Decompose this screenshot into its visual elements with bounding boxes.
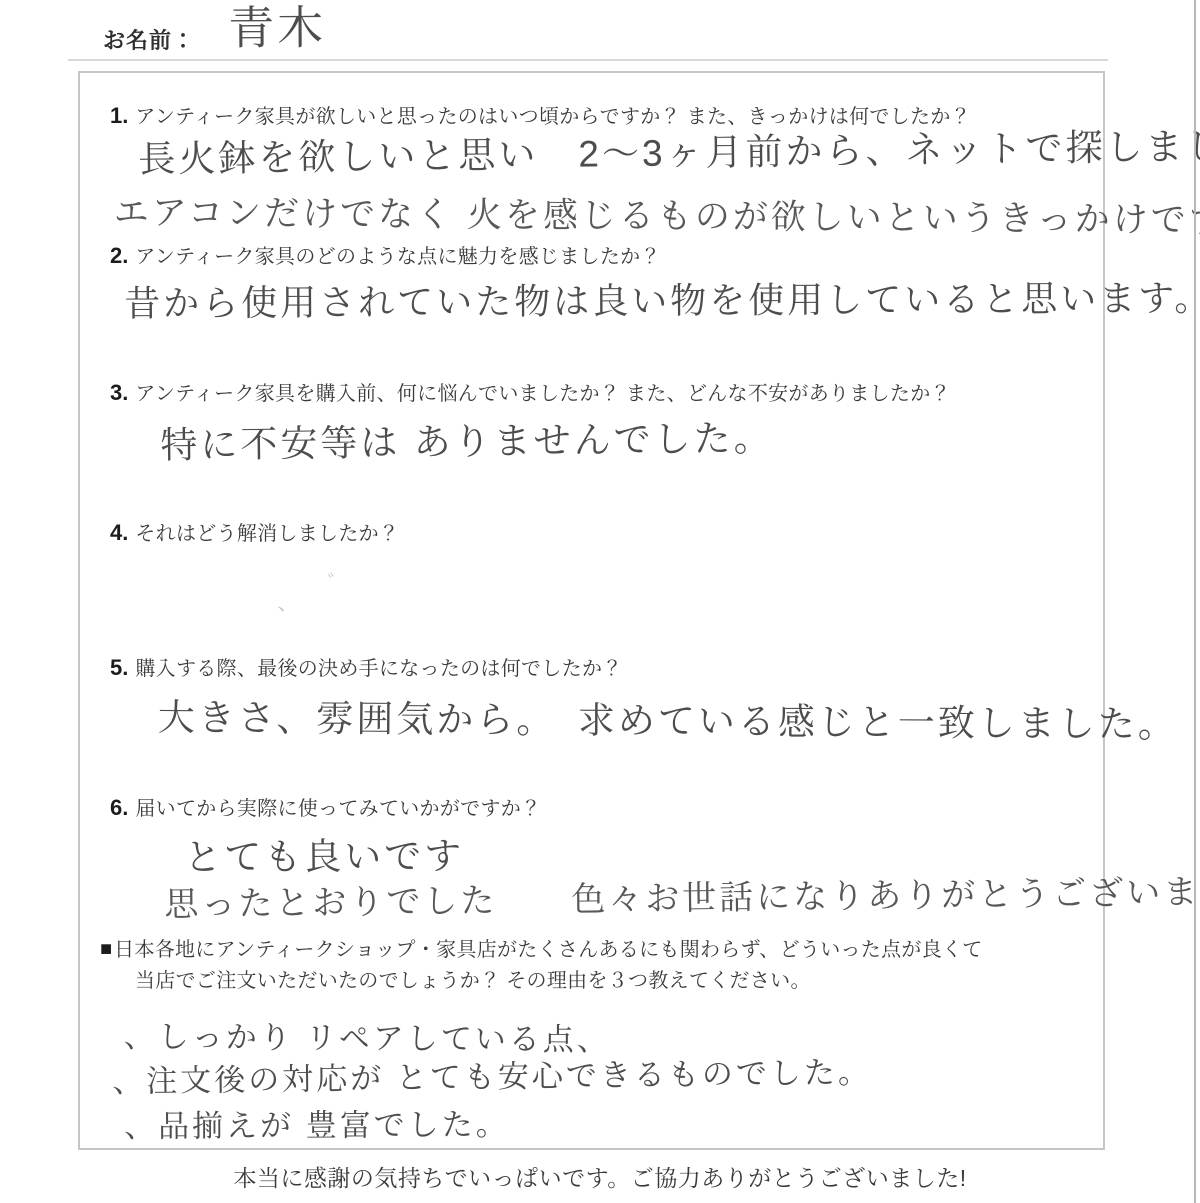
question-number: 4. [110, 520, 128, 546]
question-number: 1. [110, 103, 128, 129]
question-text: 届いてから実際に使ってみていかがですか？ [135, 795, 541, 822]
question-number: 6. [110, 795, 128, 821]
question-text: アンティーク家具のどのような点に魅力を感じましたか？ [135, 243, 660, 270]
question-4: 4. それはどう解消しましたか？ [110, 520, 399, 547]
question-3: 3. アンティーク家具を購入前、何に悩んでいましたか？ また、どんな不安がありま… [110, 380, 951, 407]
question-2: 2. アンティーク家具のどのような点に魅力を感じましたか？ [110, 243, 661, 270]
name-underline [68, 59, 1108, 61]
question-text: アンティーク家具を購入前、何に悩んでいましたか？ また、どんな不安がありましたか… [135, 380, 950, 407]
faint-pencil-mark: 、 [274, 584, 300, 618]
question-text: 日本各地にアンティークショップ・家具店がたくさんあるにも関わらず、どういった点が… [114, 936, 983, 963]
handwritten-answer: エアコンだけでなく 火を感じるものが欲しいというきっかけです。 [114, 185, 1200, 243]
scanned-survey-sheet: お名前： 青木 1. アンティーク家具が欲しいと思ったのはいつ頃からですか？ ま… [0, 0, 1200, 1203]
scan-edge-line [1194, 0, 1196, 1203]
faint-pencil-mark: ゛ [320, 566, 351, 602]
question-text: それはどう解消しましたか？ [135, 520, 399, 547]
question-text: 購入する際、最後の決め手になったのは何でしたか？ [135, 655, 622, 682]
final-question-line2: 当店でご注文いただいたのでしょうか？ その理由を３つ教えてください。 [135, 968, 811, 994]
square-bullet-icon: ■ [100, 936, 112, 963]
handwritten-answer: 昔から使用されていた物は良い物を使用していると思います。 [124, 270, 1200, 327]
handwritten-answer: 大きさ、雰囲気から。 求めている感じと一致しました。 [158, 687, 1178, 748]
name-label: お名前： [103, 24, 195, 55]
handwritten-answer: 特に不安等は ありませんでした。 [160, 408, 774, 469]
handwritten-reason: 、注文後の対応が とても安心できるものでした。 [112, 1047, 872, 1101]
question-5: 5. 購入する際、最後の決め手になったのは何でしたか？ [110, 655, 623, 682]
question-number: 2. [110, 243, 128, 269]
handwritten-answer: とても良いです [184, 826, 464, 881]
question-number: 3. [110, 380, 128, 406]
footer-thanks-text: 本当に感謝の気持ちでいっぱいです。ご協力ありがとうございました! [0, 1160, 1200, 1193]
final-question-line1: ■ 日本各地にアンティークショップ・家具店がたくさんあるにも関わらず、どういった… [100, 936, 983, 963]
handwritten-reason: 、品揃えが 豊富でした。 [124, 1099, 510, 1146]
question-number: 5. [110, 655, 128, 681]
survey-box: 1. アンティーク家具が欲しいと思ったのはいつ頃からですか？ また、きっかけは何… [78, 71, 1105, 1150]
name-value-handwritten: 青木 [228, 1, 326, 54]
question-6: 6. 届いてから実際に使ってみていかがですか？ [110, 795, 541, 822]
